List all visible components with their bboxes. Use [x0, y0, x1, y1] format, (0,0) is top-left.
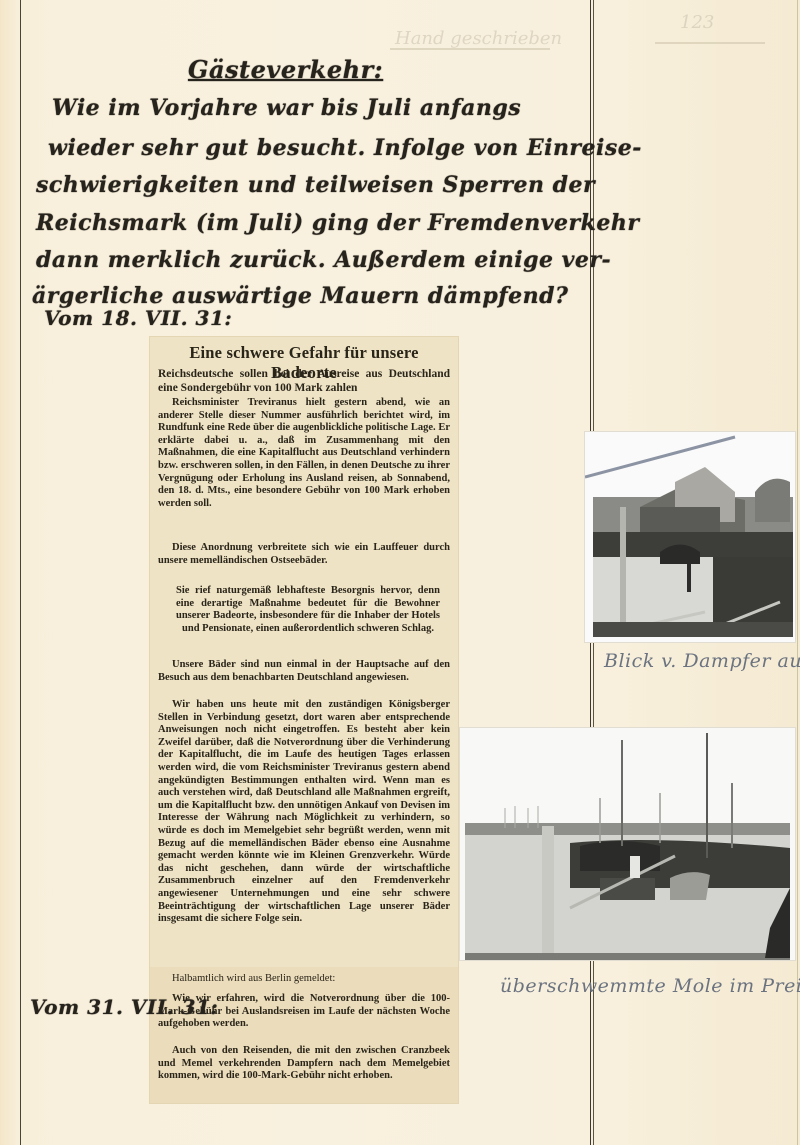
clipping-paragraph: Reichsminister Treviranus hielt gestern …	[158, 397, 450, 510]
scrapbook-page: Hand geschrieben 123 Gästeverkehr: Wie i…	[0, 0, 800, 1145]
left-margin-rule	[20, 0, 21, 1145]
photo-image	[585, 432, 795, 642]
bleed-through-rule-right	[655, 42, 765, 44]
bleed-through-rule	[390, 48, 550, 50]
note-line: Reichsmark (im Juli) ging der Fremdenver…	[36, 210, 639, 236]
note-title: Gästeverkehr:	[188, 55, 383, 84]
clipping-paragraph: Unsere Bäder sind nun einmal in der Haup…	[158, 659, 450, 684]
bleed-through-header-left: Hand geschrieben	[395, 28, 562, 49]
photo-flooded-street	[585, 432, 795, 642]
clipping-paragraph: Auch von den Reisenden, die mit den zwis…	[158, 1045, 450, 1083]
clipping-paragraph-indented: Sie rief naturgemäß lebhafteste Besorgni…	[176, 585, 440, 635]
note-line: wieder sehr gut besucht. Infolge von Ein…	[48, 135, 642, 161]
newspaper-clipping: Eine schwere Gefahr für unsere Badeorte …	[150, 337, 458, 1103]
photo-image	[460, 728, 795, 960]
photo-harbour-horse-cart	[460, 728, 795, 960]
note-line: Wie im Vorjahre war bis Juli anfangs	[52, 95, 521, 121]
clipping-paragraph: Diese Anordnung verbreitete sich wie ein…	[158, 542, 450, 567]
clipping-paragraph: Wir haben uns heute mit den zuständigen …	[158, 699, 450, 926]
bleed-through-page-number: 123	[680, 12, 714, 33]
photo-caption: Blick v. Dampfer auf die Mole (Nidden)	[604, 650, 800, 672]
note-line: dann merklich zurück. Außerdem einige ve…	[36, 247, 611, 273]
clipping-subheadline: Reichsdeutsche sollen bei der Ausreise a…	[158, 367, 450, 395]
photo-caption: überschwemmte Mole im Preil (28.4.31.)	[500, 975, 800, 997]
note-date: Vom 31. VII. 31:	[30, 995, 218, 1019]
note-date: Vom 18. VII. 31:	[44, 306, 232, 330]
clipping-paragraph-official: Halbamtlich wird aus Berlin gemeldet:	[158, 973, 450, 986]
right-edge	[797, 0, 798, 1145]
note-line: schwierigkeiten und teilweisen Sperren d…	[36, 172, 595, 198]
